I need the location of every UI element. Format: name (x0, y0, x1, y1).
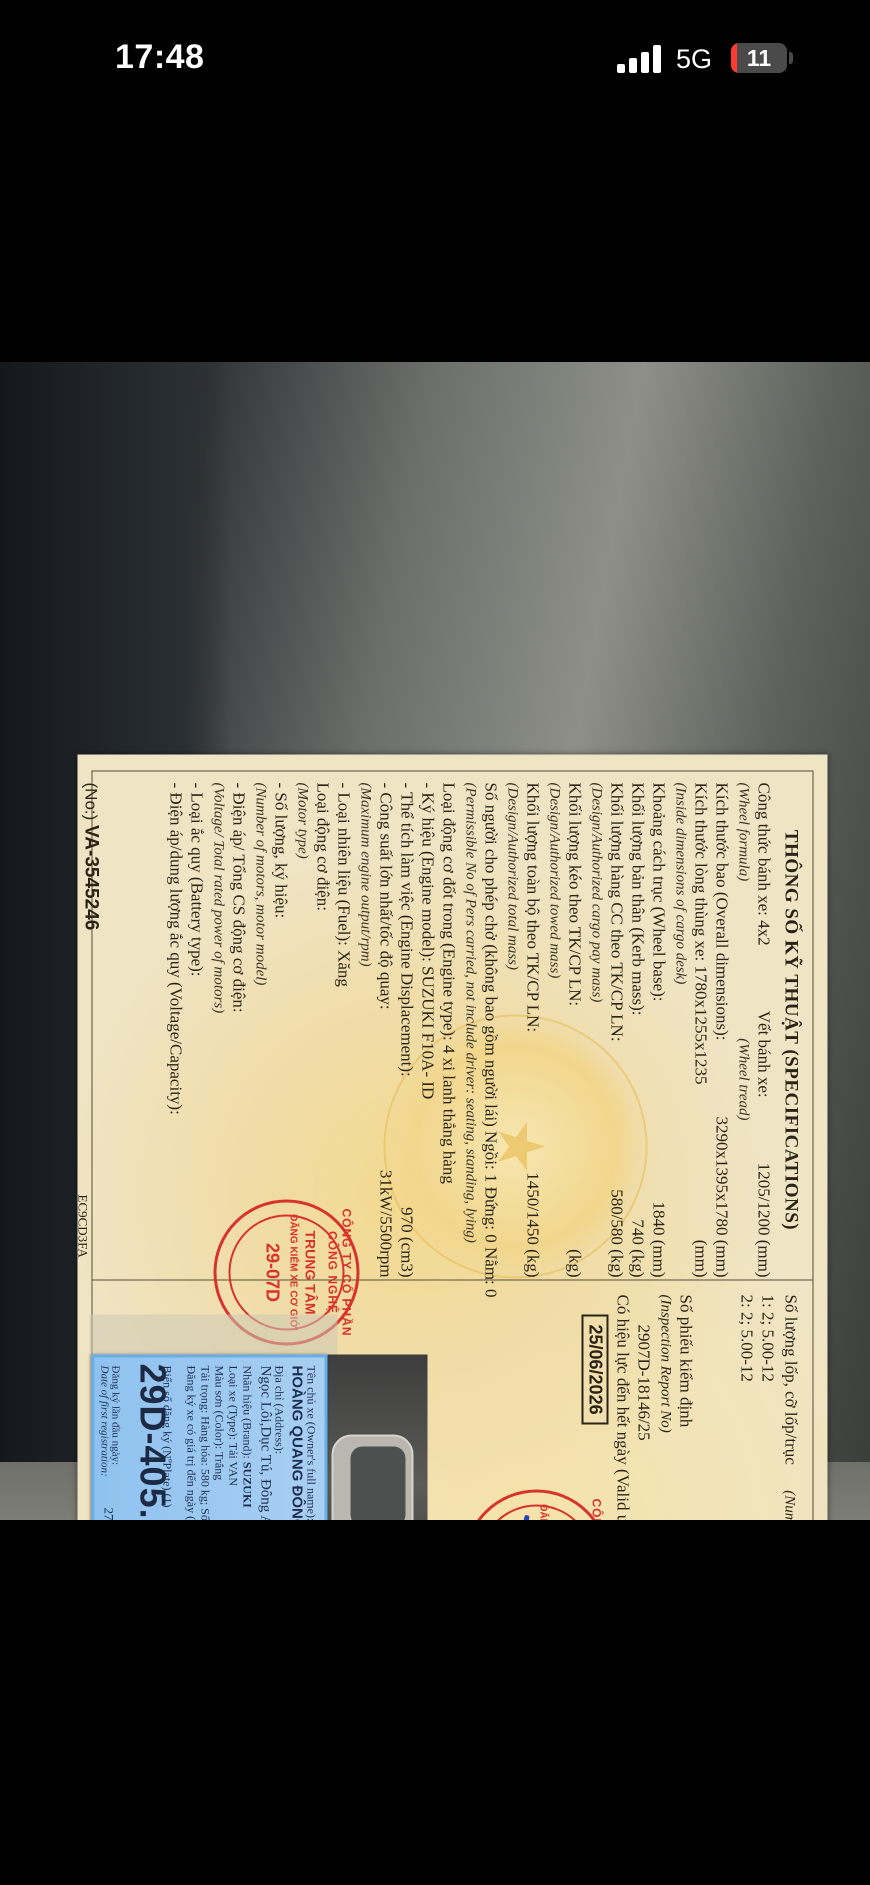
vehicle-photo (328, 1355, 428, 1521)
color: Trắng (213, 1452, 227, 1480)
status-bar: 17:48 5G 11 (0, 0, 870, 120)
tire-axle-2: 2: 2; 5.00-12 (737, 1295, 758, 1521)
specifications-title: THÔNG SỐ KỸ THUẬT (SPECIFICATIONS) (781, 783, 802, 1278)
serial-label: (No:) (82, 783, 101, 821)
spec-row: (Inside dimensions of cargo desk) (670, 783, 691, 1278)
spec-row: Loại động cơ đốt trong (Engine type): 4 … (439, 783, 460, 1278)
spec-row: - Loại ắc quy (Battery type): (187, 783, 208, 1278)
vehicle-registration-card: Tên chủ xe (Owner's full name): Số máy (… (92, 1355, 328, 1521)
inspection-report-label: Số phiếu kiểm định (676, 1295, 697, 1521)
battery-tip-icon (789, 52, 793, 64)
spec-row: (Design/Authorized towed mass) (544, 783, 565, 1278)
spec-row: Khối lượng hàng CC theo TK/CP LN:580/580… (607, 783, 628, 1278)
spec-row: (Permissible No of Pers carried, not inc… (460, 783, 481, 1278)
spec-row: (Design/Authorized total mass) (502, 783, 523, 1278)
battery-level: 11 (731, 45, 787, 72)
clock: 17:48 (115, 38, 204, 77)
inspection-report-number: 2907D-18146/25 (634, 1295, 655, 1521)
spec-row: Khối lượng kéo theo TK/CP LN:(kg) (565, 783, 586, 1278)
license-plate: 29D-405.76 (146, 1364, 161, 1521)
spec-row: - Thể tích làm việc (Engine Displacement… (397, 783, 418, 1278)
vehicle-inspection-certificate: THÔNG SỐ KỸ THUẬT (SPECIFICATIONS) Công … (78, 755, 828, 1521)
brand: SUZUKI (241, 1462, 255, 1508)
owner-address: Ngọc Lôi,Dục Tú, Đông Anh, HN (258, 1366, 273, 1521)
certificate-paper: THÔNG SỐ KỸ THUẬT (SPECIFICATIONS) Công … (78, 755, 828, 1521)
fold-line (92, 1280, 814, 1281)
vehicle-type: Tải VAN (227, 1443, 241, 1486)
specifications-list: Công thức bánh xe: 4x2Vết bánh xe:1205/1… (166, 783, 775, 1278)
tire-axle-1: 1: 2; 5.00-12 (758, 1295, 779, 1521)
spec-row: Khối lượng toàn bộ theo TK/CP LN:1450/14… (523, 783, 544, 1278)
first-registration-date: 27/04/2015 (102, 1508, 117, 1521)
signal-bars-icon (617, 45, 663, 73)
spec-row: - Điện áp/dung lượng ắc quy (Voltage/Cap… (166, 783, 187, 1278)
inspection-section: Số lượng lốp, cỡ lốp/trục (Number of tir… (582, 1295, 802, 1521)
spec-row: Công thức bánh xe: 4x2Vết bánh xe:1205/1… (754, 783, 775, 1278)
spec-row: - Điện áp/ Tổng CS động cơ điện: (229, 783, 250, 1278)
spec-row: (Voltage/ Total rated power of motors) (208, 783, 229, 1278)
tires-label: Số lượng lốp, cỡ lốp/trục (Number of tir… (779, 1295, 802, 1521)
spec-row: (Wheel formula)(Wheel tread) (733, 783, 754, 1278)
network-type: 5G (676, 44, 712, 75)
spec-row: (Maximum engine output/rpm) (355, 783, 376, 1278)
serial-number: (No:) VA-3545246 (80, 783, 102, 931)
spec-row: - Công suất lớn nhất/tốc độ quay:31kW/55… (376, 783, 397, 1278)
battery-icon: 11 (731, 43, 787, 73)
security-code: EC9CD3FA (75, 1195, 91, 1258)
owner-name: HOÀNG QUANG ĐÔNG (290, 1366, 305, 1521)
inspection-report-label-en: (Inspection Report No) (655, 1295, 676, 1521)
spec-row: - Ký hiệu (Engine model): SUZUKI F10A- I… (418, 783, 439, 1278)
valid-until-label: Có hiệu lực đến hết ngày (Valid until) (613, 1295, 634, 1521)
spec-row: Khối lượng bản thân (Kerb mass):740 (kg) (628, 783, 649, 1278)
spec-row: Kích thước lòng thùng xe: 1780x1255x1235… (691, 783, 712, 1278)
bottom-black-area (0, 1520, 870, 1885)
spec-row: Số người cho phép chở (không bao gồm ngư… (481, 783, 502, 1278)
document-photo[interactable]: THÔNG SỐ KỸ THUẬT (SPECIFICATIONS) Công … (0, 362, 870, 1520)
valid-until-date: 25/06/2026 (582, 1315, 609, 1425)
spec-row: (Design/Authorized cargo pay mass) (586, 783, 607, 1278)
spec-row: Kích thước bao (Overall dimensions):3290… (712, 783, 733, 1278)
spec-row: Khoảng cách trục (Wheel base):1840 (mm) (649, 783, 670, 1278)
load: 580 (199, 1469, 213, 1487)
serial-value: VA-3545246 (81, 825, 102, 930)
